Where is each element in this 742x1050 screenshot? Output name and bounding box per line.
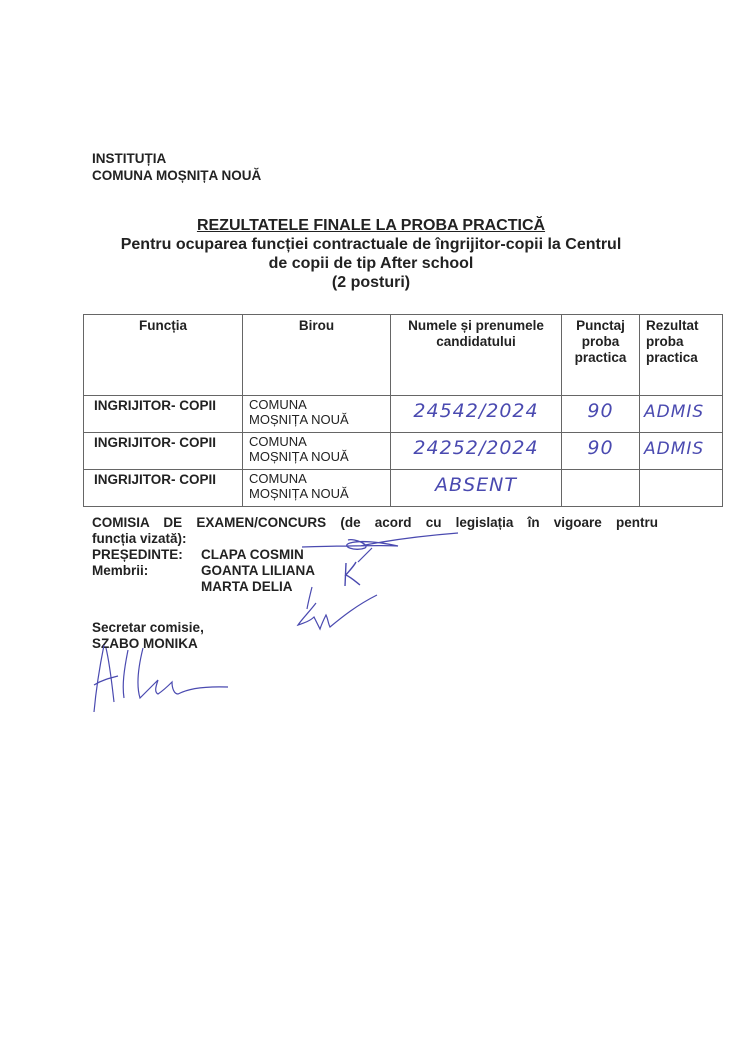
president-name: CLAPA COSMIN xyxy=(201,547,304,563)
cell-function: INGRIJITOR- COPII xyxy=(84,396,243,433)
office-line-1: COMUNA xyxy=(249,397,390,412)
cell-office: COMUNAMOȘNIȚA NOUĂ xyxy=(243,396,391,433)
subtitle-line-2: de copii de tip After school xyxy=(60,254,682,273)
score-handwritten: 90 xyxy=(587,437,613,459)
office-line-2: MOȘNIȚA NOUĂ xyxy=(249,449,390,464)
office-line-2: MOȘNIȚA NOUĂ xyxy=(249,486,390,501)
member-signature-icon xyxy=(292,585,382,635)
column-header-candidate: Numele și prenumele candidatului xyxy=(391,315,562,396)
cell-result: ADMIS xyxy=(640,433,723,470)
column-header-result: Rezultat proba practica xyxy=(640,315,723,396)
table-row: INGRIJITOR- COPIICOMUNAMOȘNIȚA NOUĂ24542… xyxy=(84,396,723,433)
column-header-score: Punctaj proba practica xyxy=(562,315,640,396)
table-header-row: Funcția Birou Numele și prenumele candid… xyxy=(84,315,723,396)
institution-header: INSTITUȚIA COMUNA MOȘNIȚA NOUĂ xyxy=(92,150,261,184)
table-row: INGRIJITOR- COPIICOMUNAMOȘNIȚA NOUĂABSEN… xyxy=(84,470,723,507)
office-line-1: COMUNA xyxy=(249,471,390,486)
secretary-label: Secretar comisie, xyxy=(92,620,204,636)
institution-label: INSTITUȚIA xyxy=(92,150,261,167)
member-name: GOANTA LILIANA xyxy=(201,563,315,579)
member-name: MARTA DELIA xyxy=(201,579,293,595)
commission-heading-line-1: COMISIA DE EXAMEN/CONCURS (de acord cu l… xyxy=(92,515,658,531)
office-line-2: MOȘNIȚA NOUĂ xyxy=(249,412,390,427)
cell-score xyxy=(562,470,640,507)
cell-score: 90 xyxy=(562,433,640,470)
cell-result: ADMIS xyxy=(640,396,723,433)
members-label: Membrii: xyxy=(92,563,201,579)
cell-score: 90 xyxy=(562,396,640,433)
result-handwritten: ADMIS xyxy=(644,402,704,422)
cell-result xyxy=(640,470,723,507)
cell-office: COMUNAMOȘNIȚA NOUĂ xyxy=(243,433,391,470)
institution-name: COMUNA MOȘNIȚA NOUĂ xyxy=(92,167,261,184)
cell-office: COMUNAMOȘNIȚA NOUĂ xyxy=(243,470,391,507)
column-header-function: Funcția xyxy=(84,315,243,396)
document-title: REZULTATELE FINALE LA PROBA PRACTICĂ xyxy=(60,216,682,235)
cell-candidate: 24542/2024 xyxy=(391,396,562,433)
results-table: Funcția Birou Numele și prenumele candid… xyxy=(83,314,723,507)
document-title-block: REZULTATELE FINALE LA PROBA PRACTICĂ Pen… xyxy=(60,216,682,292)
cell-function: INGRIJITOR- COPII xyxy=(84,470,243,507)
table-row: INGRIJITOR- COPIICOMUNAMOȘNIȚA NOUĂ24252… xyxy=(84,433,723,470)
cell-function: INGRIJITOR- COPII xyxy=(84,433,243,470)
score-handwritten: 90 xyxy=(587,400,613,422)
subtitle-line-1: Pentru ocuparea funcției contractuale de… xyxy=(60,235,682,254)
president-label: PREȘEDINTE: xyxy=(92,547,201,563)
office-line-1: COMUNA xyxy=(249,434,390,449)
column-header-office: Birou xyxy=(243,315,391,396)
result-handwritten: ADMIS xyxy=(644,439,704,459)
candidate-handwritten: 24542/2024 xyxy=(413,400,538,422)
president-signature-icon xyxy=(300,530,460,570)
positions-count: (2 posturi) xyxy=(60,273,682,292)
secretary-signature-icon xyxy=(88,640,248,715)
candidate-handwritten: ABSENT xyxy=(435,474,517,496)
cell-candidate: 24252/2024 xyxy=(391,433,562,470)
cell-candidate: ABSENT xyxy=(391,470,562,507)
candidate-handwritten: 24252/2024 xyxy=(413,437,538,459)
